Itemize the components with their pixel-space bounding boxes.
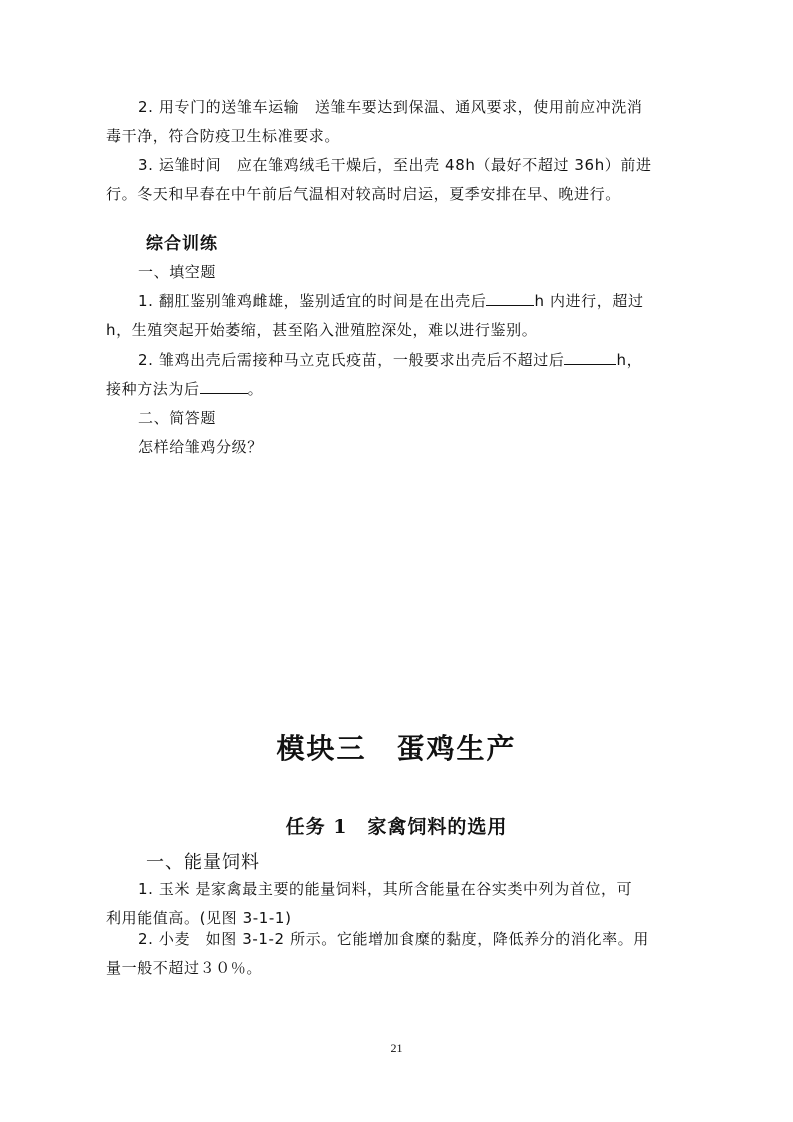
module-title: 模块三 蛋鸡生产 bbox=[0, 727, 793, 767]
paragraph-transport-line2: 毒干净，符合防疫卫生标准要求。 bbox=[106, 122, 690, 151]
answer-blank bbox=[564, 350, 616, 365]
question-2-text-a: 2. 雏鸡出壳后需接种马立克氏疫苗，一般要求出壳后不超过后 bbox=[138, 351, 564, 369]
item-wheat-line2: 量一般不超过３０％。 bbox=[106, 954, 690, 983]
item-wheat-line1: 2. 小麦 如图 3-1-2 所示。它能增加食糜的黏度，降低养分的消化率。用 bbox=[106, 925, 722, 954]
subsection-title: 一、能量饲料 bbox=[146, 848, 260, 874]
paragraph-timing-line2: 行。冬天和早春在中午前后气温相对较高时启运，夏季安排在早、晚进行。 bbox=[106, 180, 690, 209]
exercise-heading: 综合训练 bbox=[146, 229, 218, 254]
page-number: 21 bbox=[0, 1041, 793, 1056]
answer-blank bbox=[486, 291, 534, 306]
question-1-line2: h，生殖突起开始萎缩，甚至陷入泄殖腔深处，难以进行鉴别。 bbox=[106, 316, 690, 345]
question-2-text-c: 接种方法为后 bbox=[106, 380, 200, 398]
document-page: 2. 用专门的送雏车运输 送雏车要达到保温、通风要求，使用前应冲洗消 毒干净，符… bbox=[0, 0, 793, 1122]
question-1-line1: 1. 翻肛鉴别雏鸡雌雄，鉴别适宜的时间是在出壳后h 内进行，超过 bbox=[106, 287, 722, 316]
question-2-line1: 2. 雏鸡出壳后需接种马立克氏疫苗，一般要求出壳后不超过后h， bbox=[106, 346, 722, 375]
paragraph-timing-line1: 3. 运雏时间 应在雏鸡绒毛干燥后，至出壳 48h（最好不超过 36h）前进 bbox=[106, 151, 722, 180]
question-2-line2: 接种方法为后。 bbox=[106, 375, 690, 404]
question-2-text-d: 。 bbox=[248, 380, 264, 398]
item-corn-line1: 1. 玉米 是家禽最主要的能量饲料，其所含能量在谷实类中列为首位，可 bbox=[106, 875, 722, 904]
task-title: 任务 1 家禽饲料的选用 bbox=[0, 812, 793, 839]
question-3: 怎样给雏鸡分级？ bbox=[106, 433, 722, 462]
fill-blank-heading: 一、填空题 bbox=[106, 258, 722, 287]
answer-blank bbox=[200, 379, 248, 394]
question-2-text-b: h， bbox=[616, 351, 642, 369]
question-1-text-a: 1. 翻肛鉴别雏鸡雌雄，鉴别适宜的时间是在出壳后 bbox=[138, 292, 486, 310]
paragraph-transport-line1: 2. 用专门的送雏车运输 送雏车要达到保温、通风要求，使用前应冲洗消 bbox=[106, 93, 722, 122]
short-answer-heading: 二、简答题 bbox=[106, 404, 722, 433]
question-1-text-b: h 内进行，超过 bbox=[534, 292, 643, 310]
